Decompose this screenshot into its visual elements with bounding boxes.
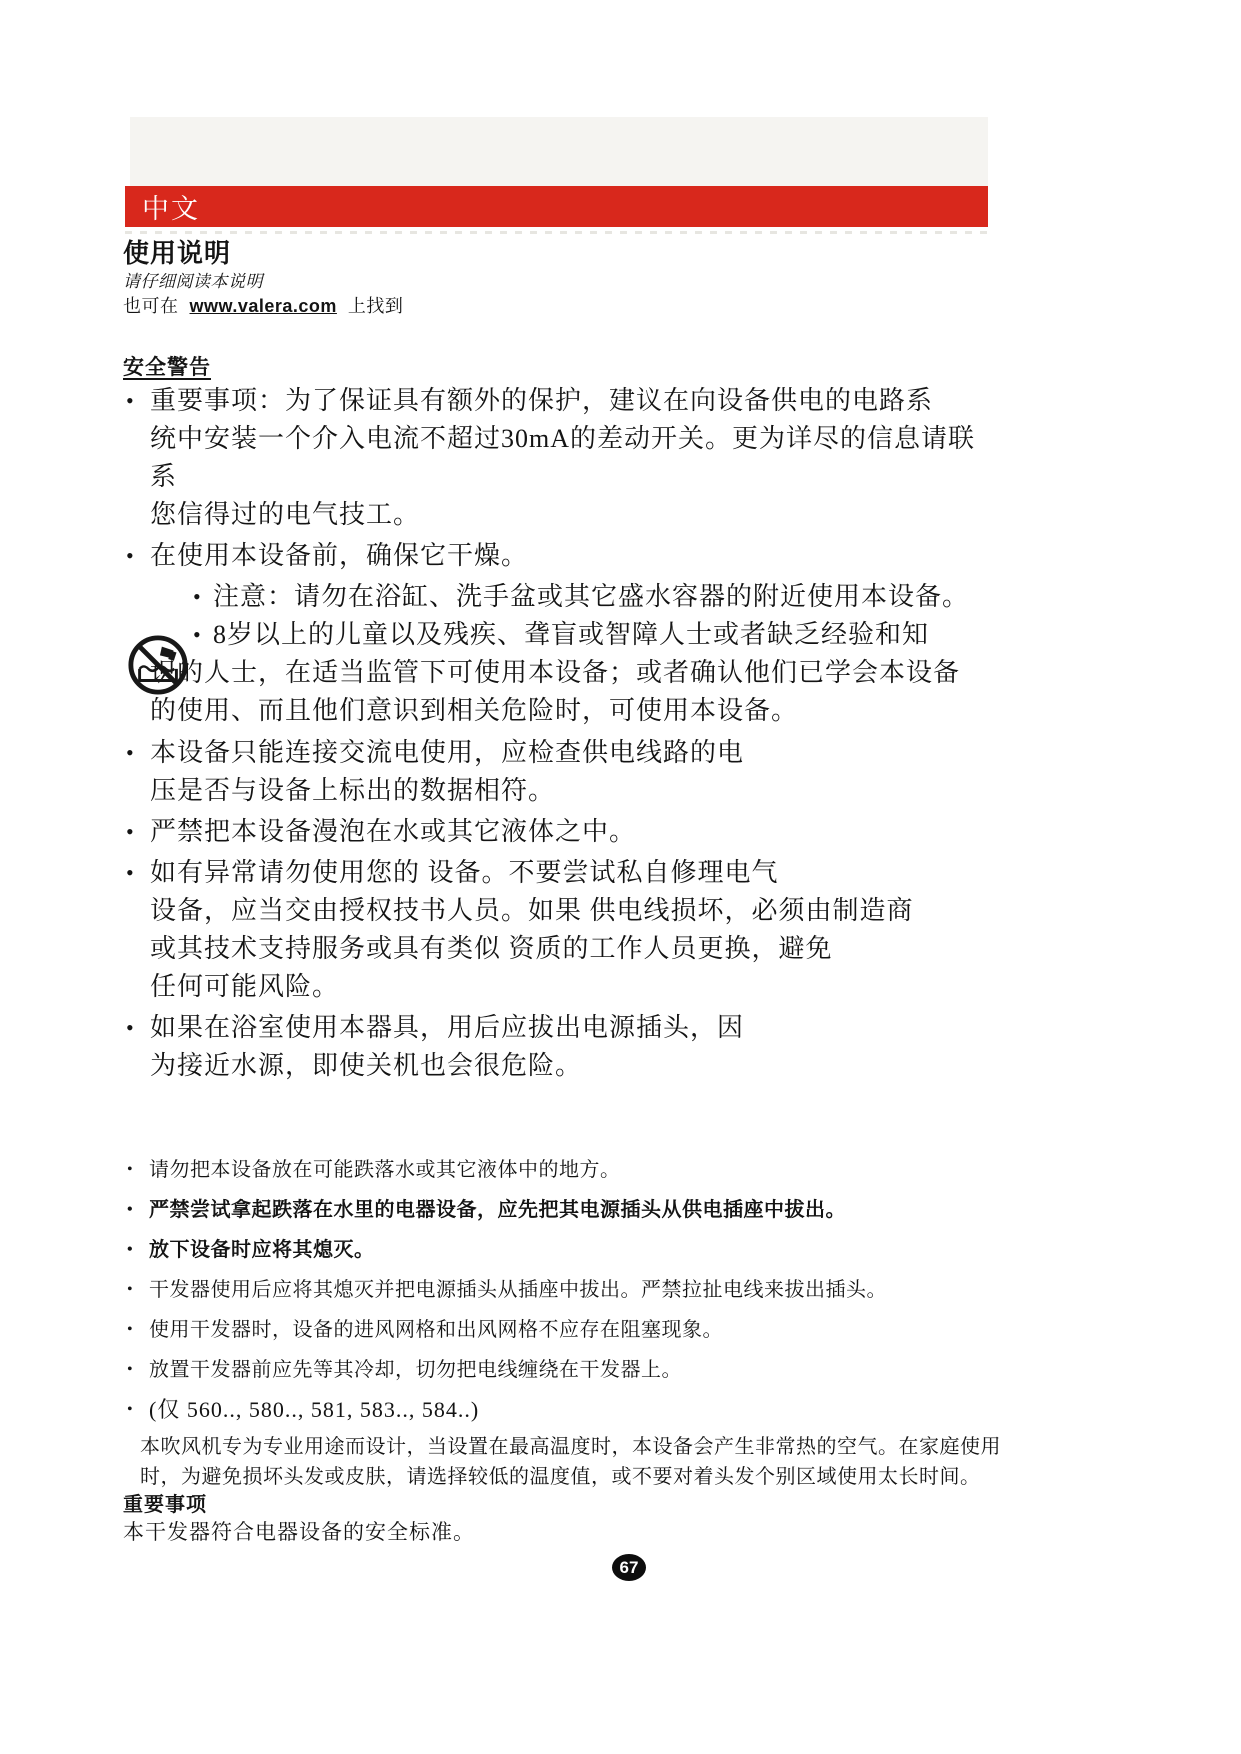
safety-note: • 干发器使用后应将其熄灭并把电源插头从插座中拔出。严禁拉扯电线来拔出插头。	[123, 1270, 1008, 1310]
bullet-dot: •	[127, 1150, 133, 1190]
safety-bullet: • 如有异常请勿使用您的 设备。不要尝试私自修理电气 设备，应当交由授权技书人员…	[123, 854, 998, 1006]
safety-note: • 请勿把本设备放在可能跌落水或其它液体中的地方。	[123, 1150, 1008, 1190]
important-text: 本干发器符合电器设备的安全标准。	[123, 1516, 475, 1546]
page-title: 使用说明	[123, 233, 231, 270]
availability-prefix: 也可在	[123, 296, 179, 316]
bullet-dot: •	[127, 1390, 134, 1430]
safety-warning-list: • 重要事项：为了保证具有额外的保护，建议在向设备供电的电路系 统中安装一个介入…	[123, 382, 998, 1088]
bullet-dot: •	[126, 813, 135, 851]
bullet-dot: •	[193, 616, 202, 654]
availability-suffix: 上找到	[348, 296, 404, 316]
bullet-dot: •	[126, 537, 135, 575]
language-banner-label: 中文	[142, 187, 200, 226]
availability-note: 也可在 www.valera.com 上找到	[123, 292, 403, 318]
safety-bullet: • 严禁把本设备漫泡在水或其它液体之中。	[123, 813, 998, 851]
models-note: • (仅 560.., 580.., 581, 583.., 584..)	[123, 1390, 1008, 1430]
page-subtitle: 请仔细阅读本说明	[123, 267, 263, 292]
bullet-dot: •	[126, 734, 135, 772]
header-shade	[130, 117, 988, 187]
no-water-warning-group: • 注意：请勿在浴缸、洗手盆或其它盛水容器的附近使用本设备。 • 8岁以上的儿童…	[123, 578, 998, 731]
bullet-dot: •	[126, 382, 135, 420]
safety-heading: 安全警告	[123, 351, 211, 381]
safety-sub-bullet-continuation: 识的人士，在适当监管下可使用本设备；或者确认他们已学会本设备 的使用、而且他们意…	[123, 654, 998, 730]
safety-note: • 使用干发器时，设备的进风网格和出风网格不应存在阻塞现象。	[123, 1310, 1008, 1350]
bullet-dot: •	[127, 1190, 133, 1230]
bullet-dot: •	[193, 578, 202, 616]
safety-bullet: • 本设备只能连接交流电使用，应检查供电线路的电 压是否与设备上标出的数据相符。	[123, 734, 998, 810]
bullet-dot: •	[127, 1350, 133, 1390]
language-banner: 中文	[125, 186, 988, 227]
safety-note: • 放置干发器前应先等其冷却，切勿把电线缠绕在干发器上。	[123, 1350, 1008, 1390]
safety-bullet: • 如果在浴室使用本器具，用后应拔出电源插头，因 为接近水源，即使关机也会很危险…	[123, 1009, 998, 1085]
bullet-dot: •	[127, 1230, 133, 1270]
professional-use-note: 本吹风机专为专业用途而设计，当设置在最高温度时，本设备会产生非常热的空气。在家庭…	[123, 1432, 1008, 1492]
safety-sub-bullet: • 注意：请勿在浴缸、洗手盆或其它盛水容器的附近使用本设备。	[123, 578, 998, 616]
safety-notes-list: • 请勿把本设备放在可能跌落水或其它液体中的地方。 • 严禁尝试拿起跌落在水里的…	[123, 1150, 1008, 1492]
safety-sub-bullet: • 8岁以上的儿童以及残疾、聋盲或智障人士或者缺乏经验和知	[123, 616, 998, 654]
safety-note: • 放下设备时应将其熄灭。	[123, 1230, 1008, 1270]
bullet-dot: •	[126, 1009, 135, 1047]
bullet-dot: •	[127, 1310, 133, 1350]
bullet-dot: •	[126, 854, 135, 892]
page-number-badge: 67	[612, 1554, 646, 1581]
important-heading: 重要事项	[123, 1488, 207, 1517]
scan-artifact-divider	[125, 231, 988, 234]
manual-page: 中文 使用说明 请仔细阅读本说明 也可在 www.valera.com 上找到 …	[0, 0, 1241, 1754]
safety-bullet: • 重要事项：为了保证具有额外的保护，建议在向设备供电的电路系 统中安装一个介入…	[123, 382, 998, 534]
bullet-dot: •	[127, 1270, 133, 1310]
valera-link[interactable]: www.valera.com	[190, 296, 337, 316]
safety-note: • 严禁尝试拿起跌落在水里的电器设备，应先把其电源插头从供电插座中拔出。	[123, 1190, 1008, 1230]
safety-bullet: • 在使用本设备前，确保它干燥。	[123, 537, 998, 575]
